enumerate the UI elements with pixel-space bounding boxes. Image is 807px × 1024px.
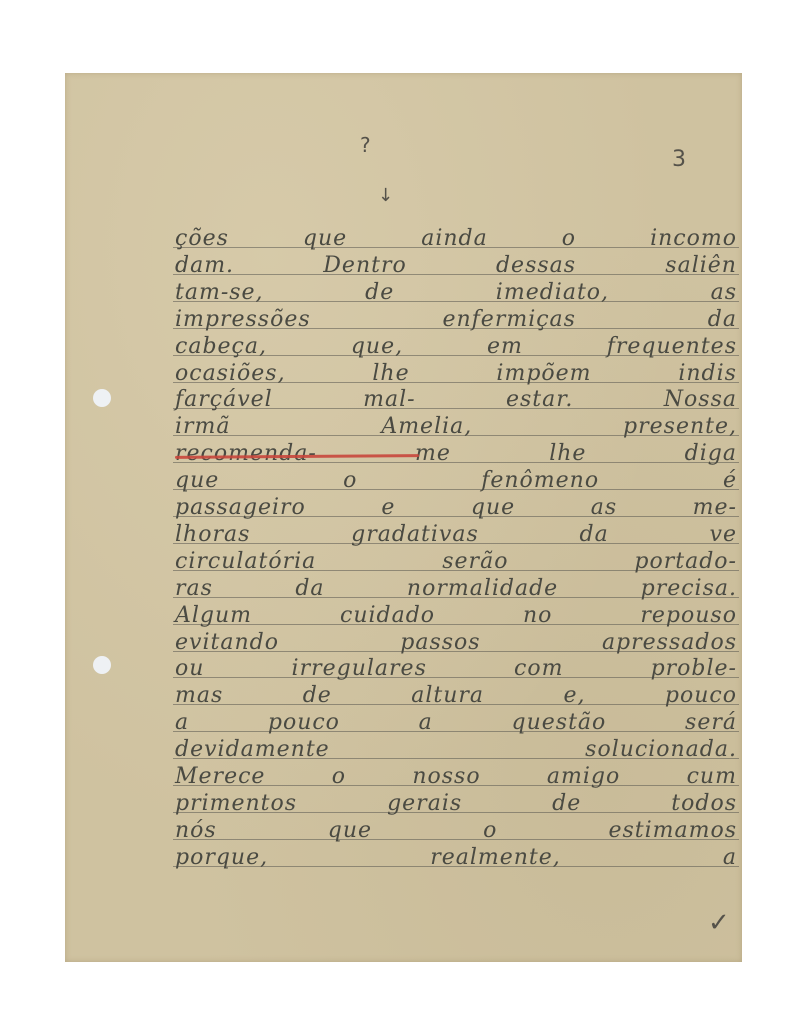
word: que	[328, 819, 372, 843]
word: que	[471, 496, 515, 520]
word: as	[591, 496, 617, 520]
text-line: primentosgeraisdetodos	[175, 792, 737, 816]
word: o	[343, 469, 357, 493]
word: cuidado	[340, 604, 435, 628]
word: cabeça,	[175, 335, 267, 359]
word: de	[365, 281, 394, 305]
checkmark-icon: ✓	[708, 908, 730, 938]
word: Nossa	[664, 388, 737, 412]
word: que	[175, 469, 219, 493]
word: a	[419, 711, 433, 735]
word: nós	[175, 819, 217, 843]
word: que	[303, 227, 347, 251]
word: ainda	[421, 227, 488, 251]
word: com	[514, 657, 563, 681]
word: todos	[671, 792, 737, 816]
word: passageiro	[175, 496, 306, 520]
punch-hole-top	[93, 389, 111, 407]
text-line: irmãAmelia,presente,	[175, 415, 737, 439]
text-line: queofenômenoé	[175, 469, 737, 493]
word: normalidade	[407, 577, 558, 601]
word: circulatória	[175, 550, 316, 574]
word: no	[523, 604, 552, 628]
word: pouco	[268, 711, 340, 735]
word: realmente,	[430, 846, 561, 870]
manuscript-page: ? ↓ 3 çõesqueaindaoincomodam.Dentrodessa…	[65, 73, 742, 962]
text-line: nósqueoestimamos	[175, 819, 737, 843]
query-mark-annotation: ?	[360, 133, 371, 157]
word: impressões	[175, 308, 311, 332]
text-line: impressõesenfermiçasda	[175, 308, 737, 332]
text-line: çõesqueaindaoincomo	[175, 227, 737, 251]
word: em	[487, 335, 523, 359]
word: gradativas	[351, 523, 479, 547]
page-number: 3	[672, 147, 686, 172]
word: enfermiças	[442, 308, 576, 332]
text-line: cabeça,que,emfrequentes	[175, 335, 737, 359]
word: impõem	[496, 362, 591, 386]
word: porque,	[175, 846, 268, 870]
word: portado-	[634, 550, 737, 574]
word: dam.	[175, 254, 234, 278]
word: mal-	[363, 388, 415, 412]
word: ocasiões,	[175, 362, 286, 386]
word: estar.	[506, 388, 573, 412]
word: tam-se,	[175, 281, 264, 305]
word: Dentro	[323, 254, 406, 278]
punch-hole-bottom	[93, 656, 111, 674]
text-line: evitandopassosapressados	[175, 631, 737, 655]
word: diga	[685, 442, 737, 466]
word: precisa.	[641, 577, 737, 601]
word: Merece	[175, 765, 265, 789]
text-line: lhorasgradativasdave	[175, 523, 737, 547]
word: irregulares	[292, 657, 427, 681]
text-line: apoucoaquestãoserá	[175, 711, 737, 735]
word: primentos	[175, 792, 297, 816]
word: passos	[400, 631, 480, 655]
text-line: Algumcuidadonorepouso	[175, 604, 737, 628]
word: pouco	[665, 684, 737, 708]
text-line: recomenda-melhediga	[175, 442, 737, 466]
word: ções	[175, 227, 229, 251]
word: altura	[411, 684, 484, 708]
word: frequentes	[607, 335, 737, 359]
word: indis	[678, 362, 737, 386]
text-line: masdealturae,pouco	[175, 684, 737, 708]
word: evitando	[175, 631, 279, 655]
word: que,	[351, 335, 403, 359]
text-line: ouirregularescomproble-	[175, 657, 737, 681]
text-line: dam.Dentrodessassaliên	[175, 254, 737, 278]
word: apressados	[602, 631, 737, 655]
word: nosso	[412, 765, 480, 789]
word: da	[580, 523, 609, 547]
text-line: ocasiões,lheimpõemindis	[175, 362, 737, 386]
word: me-	[693, 496, 737, 520]
word: é	[723, 469, 737, 493]
word: dessas	[496, 254, 576, 278]
word: fenômeno	[481, 469, 599, 493]
word: imediato,	[496, 281, 609, 305]
word: lhoras	[175, 523, 250, 547]
word: o	[332, 765, 346, 789]
word: incomo	[650, 227, 737, 251]
word: da	[295, 577, 324, 601]
word: e,	[563, 684, 585, 708]
word: de	[552, 792, 581, 816]
word: devidamente	[175, 738, 330, 762]
word: ras	[175, 577, 213, 601]
word: gerais	[387, 792, 462, 816]
text-line: devidamentesolucionada.	[175, 738, 737, 762]
word: será	[685, 711, 737, 735]
word: as	[711, 281, 737, 305]
word: a	[175, 711, 189, 735]
word: presente,	[623, 415, 737, 439]
word: de	[303, 684, 332, 708]
arrow-down-icon: ↓	[378, 185, 393, 206]
word: Amelia,	[381, 415, 472, 439]
word: ou	[175, 657, 204, 681]
word: irmã	[175, 415, 231, 439]
word: a	[723, 846, 737, 870]
text-line: rasdanormalidadeprecisa.	[175, 577, 737, 601]
word: Algum	[175, 604, 252, 628]
text-line: tam-se,deimediato,as	[175, 281, 737, 305]
text-line: Mereceonossoamigocum	[175, 765, 737, 789]
word: e	[381, 496, 395, 520]
word: proble-	[651, 657, 737, 681]
text-line: porque,realmente,a	[175, 846, 737, 870]
word: mas	[175, 684, 223, 708]
word: serão	[442, 550, 508, 574]
word: solucionada.	[585, 738, 737, 762]
word: estimamos	[608, 819, 737, 843]
word: lhe	[372, 362, 409, 386]
word: lhe	[549, 442, 586, 466]
text-line: circulatóriaserãoportado-	[175, 550, 737, 574]
word: o	[483, 819, 497, 843]
word: amigo	[547, 765, 620, 789]
text-line: passageiroequeasme-	[175, 496, 737, 520]
text-line: farçávelmal-estar.Nossa	[175, 388, 737, 412]
word: questão	[512, 711, 607, 735]
word: repouso	[640, 604, 737, 628]
word: farçável	[175, 388, 273, 412]
word: ve	[710, 523, 737, 547]
word: cum	[687, 765, 737, 789]
word: da	[708, 308, 737, 332]
word: saliên	[665, 254, 737, 278]
word: o	[562, 227, 576, 251]
word: me	[415, 442, 451, 466]
